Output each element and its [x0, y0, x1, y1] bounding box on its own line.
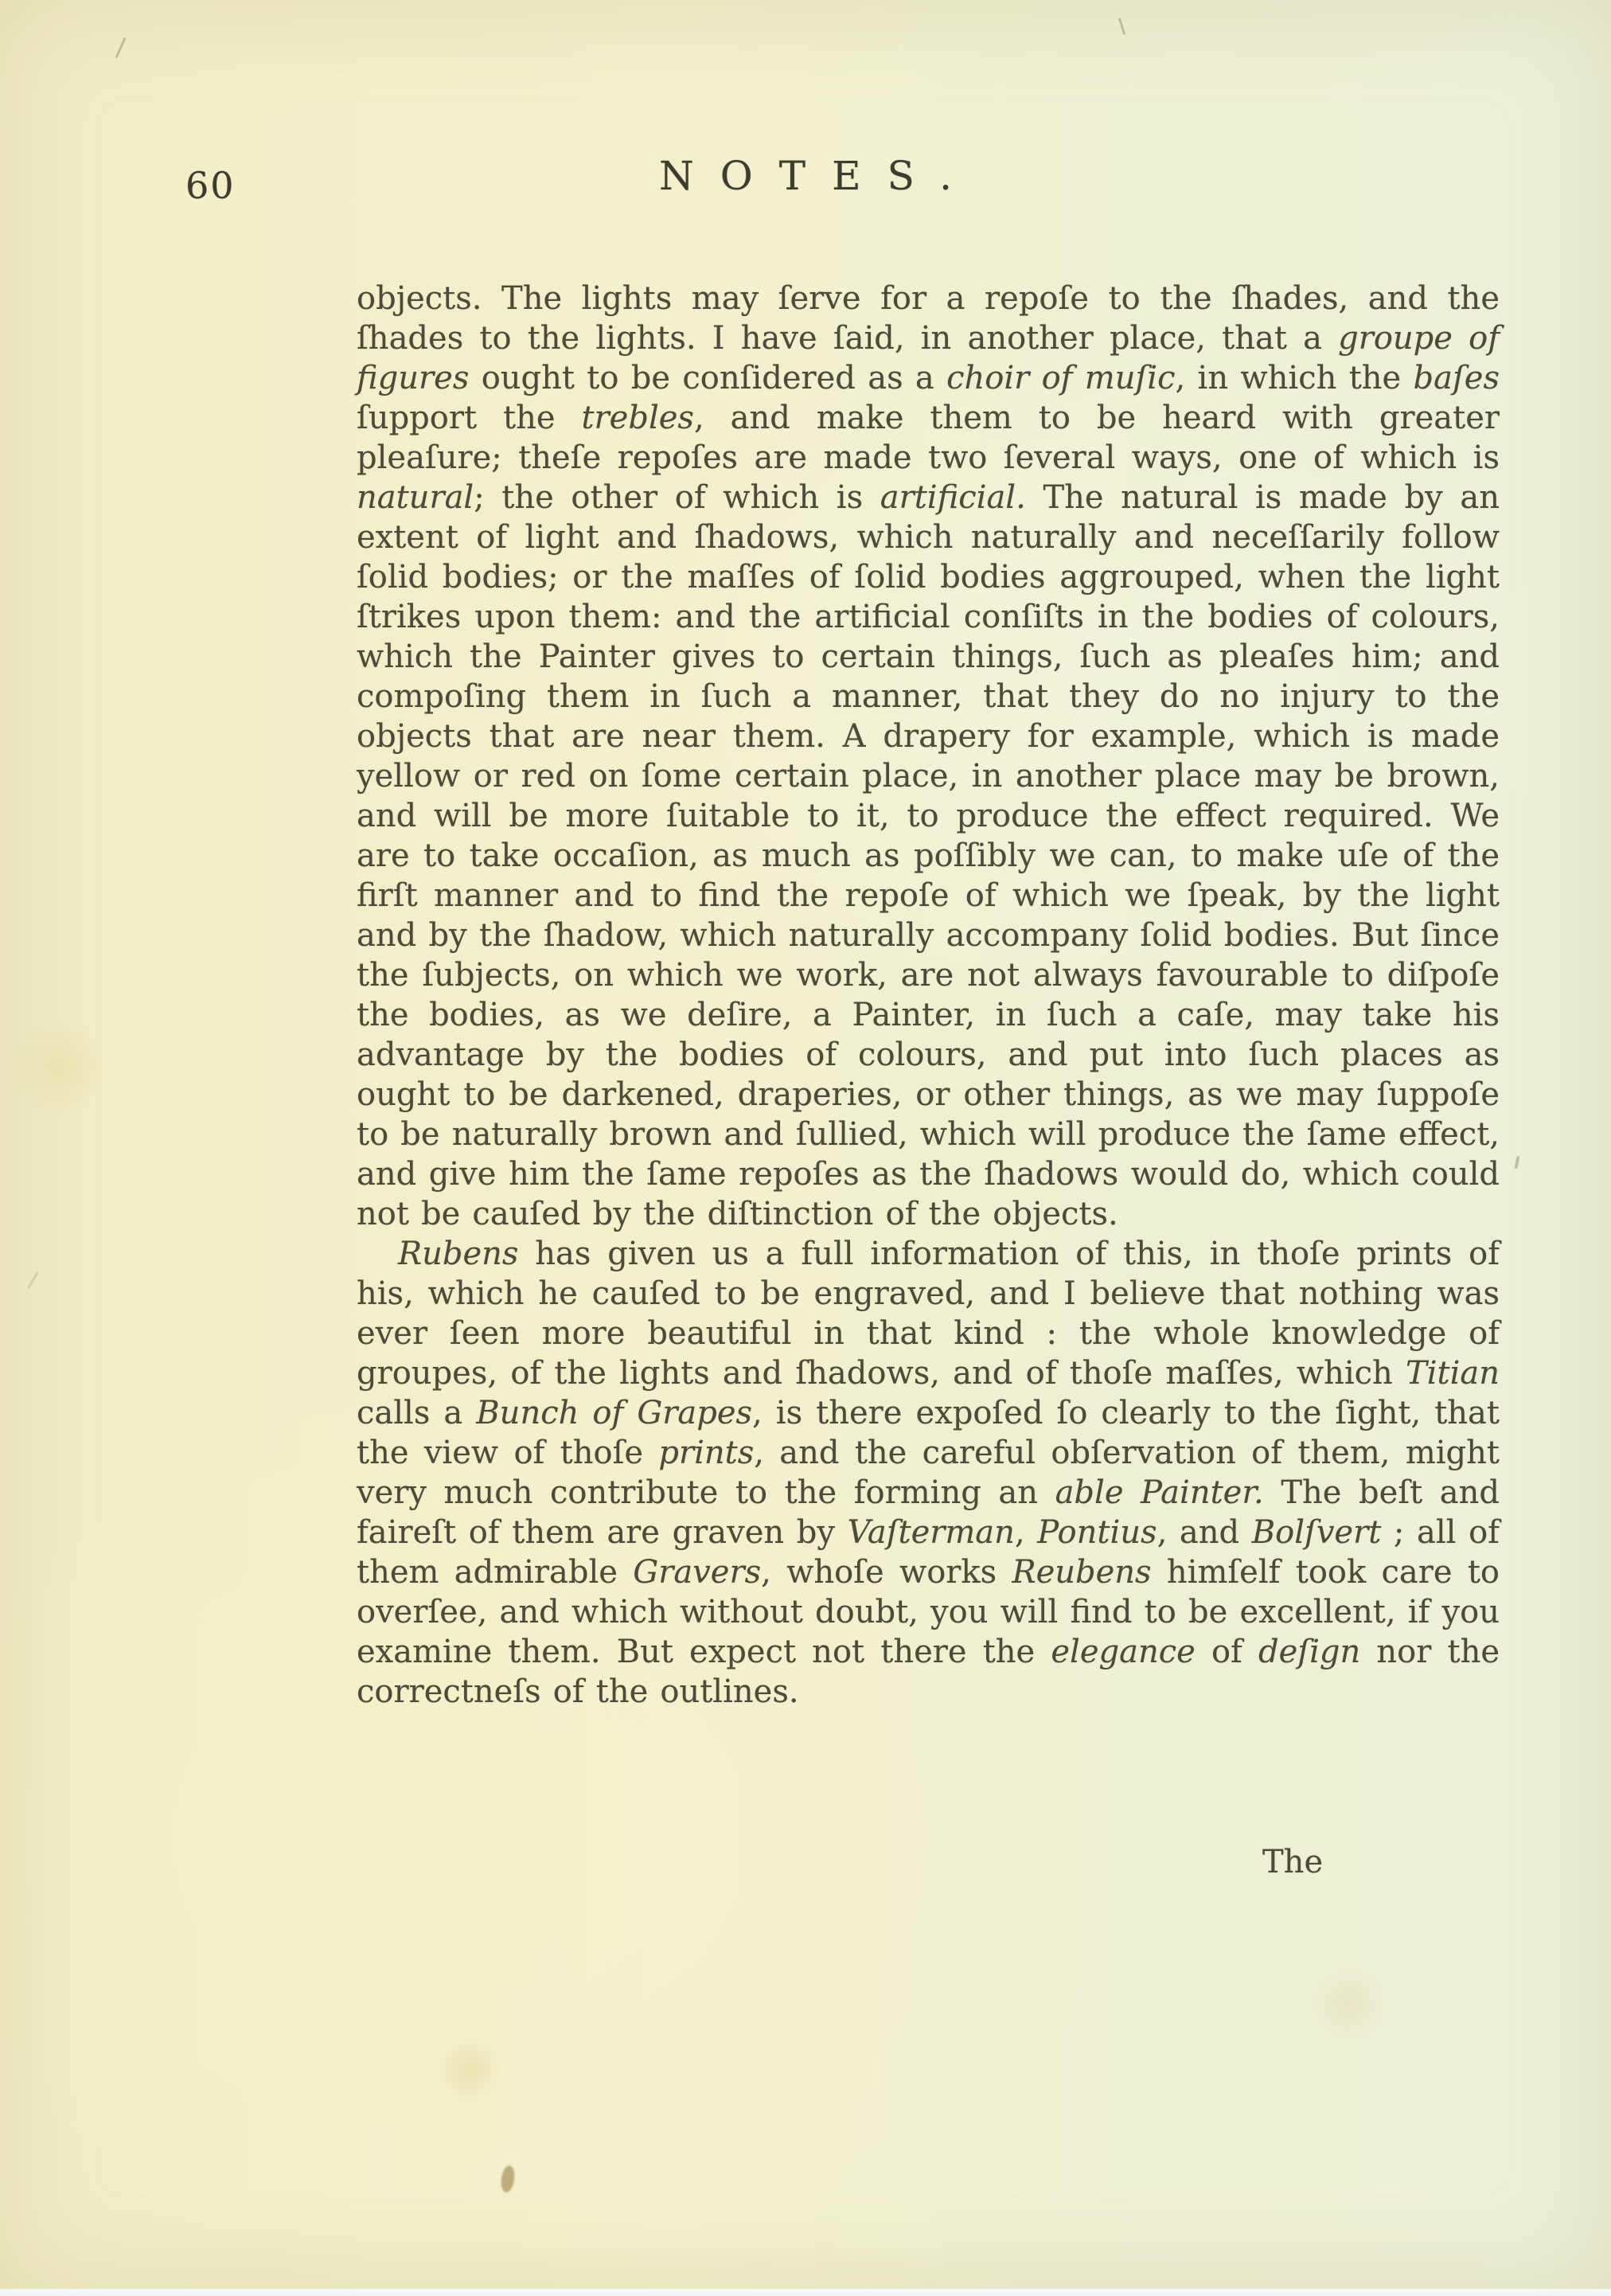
paper-stain [8, 1019, 111, 1115]
text-run: , in which the [1176, 360, 1414, 396]
text-run: ought to be conſidered as a [469, 360, 946, 396]
italic-text-run: trebles [581, 400, 693, 436]
text-block: objects. The lights may ſerve for a repo… [357, 279, 1500, 1712]
text-run: ; the other of which is [474, 479, 880, 516]
italic-text-run: Vaſterman [848, 1514, 1015, 1551]
paragraph: Rubens has given us a full information o… [357, 1234, 1500, 1712]
text-run: of [1196, 1634, 1258, 1670]
catchword: The [1262, 1844, 1323, 1880]
italic-text-run: artificial. [880, 479, 1026, 516]
italic-text-run: deſign [1258, 1634, 1360, 1670]
italic-text-run: Bolſvert [1252, 1514, 1382, 1551]
italic-text-run: Bunch of Grapes [476, 1395, 752, 1431]
book-page-scan: 60 NOTES. objects. The lights may ſerve … [0, 0, 1611, 2296]
margin-mark [1514, 1156, 1519, 1169]
text-run: , whoſe works [761, 1554, 1012, 1591]
italic-text-run: baſes [1414, 360, 1500, 396]
italic-text-run: Gravers [633, 1554, 761, 1591]
paper-stain [1305, 1966, 1393, 2042]
paper-stain [434, 2038, 505, 2102]
italic-text-run: Rubens [398, 1236, 518, 1272]
italic-text-run: able Painter. [1055, 1474, 1264, 1511]
text-run: objects. The lights may ſerve for a repo… [357, 280, 1500, 357]
margin-mark [1118, 18, 1126, 35]
text-run: The natural is made by an extent of ligh… [357, 479, 1500, 1232]
text-run: , and [1157, 1514, 1252, 1551]
italic-text-run: prints [658, 1435, 754, 1471]
italic-text-run: Titian [1406, 1355, 1500, 1392]
margin-mark [27, 1271, 39, 1289]
paragraph: objects. The lights may ſerve for a repo… [357, 279, 1500, 1234]
italic-text-run: Reubens [1012, 1554, 1151, 1591]
margin-mark [115, 37, 126, 59]
paper-speck [500, 2165, 517, 2193]
scan-bottom-edge [0, 2289, 1611, 2296]
italic-text-run: elegance [1051, 1634, 1195, 1670]
text-run: ſupport the [357, 400, 581, 436]
text-run: , [1015, 1514, 1037, 1551]
italic-text-run: choir of muſic [946, 360, 1175, 396]
text-run: has given us a full information of this,… [357, 1236, 1500, 1392]
text-run: calls a [357, 1395, 476, 1431]
running-head-title: NOTES. [0, 153, 1611, 199]
italic-text-run: natural [357, 479, 474, 516]
italic-text-run: Pontius [1037, 1514, 1157, 1551]
